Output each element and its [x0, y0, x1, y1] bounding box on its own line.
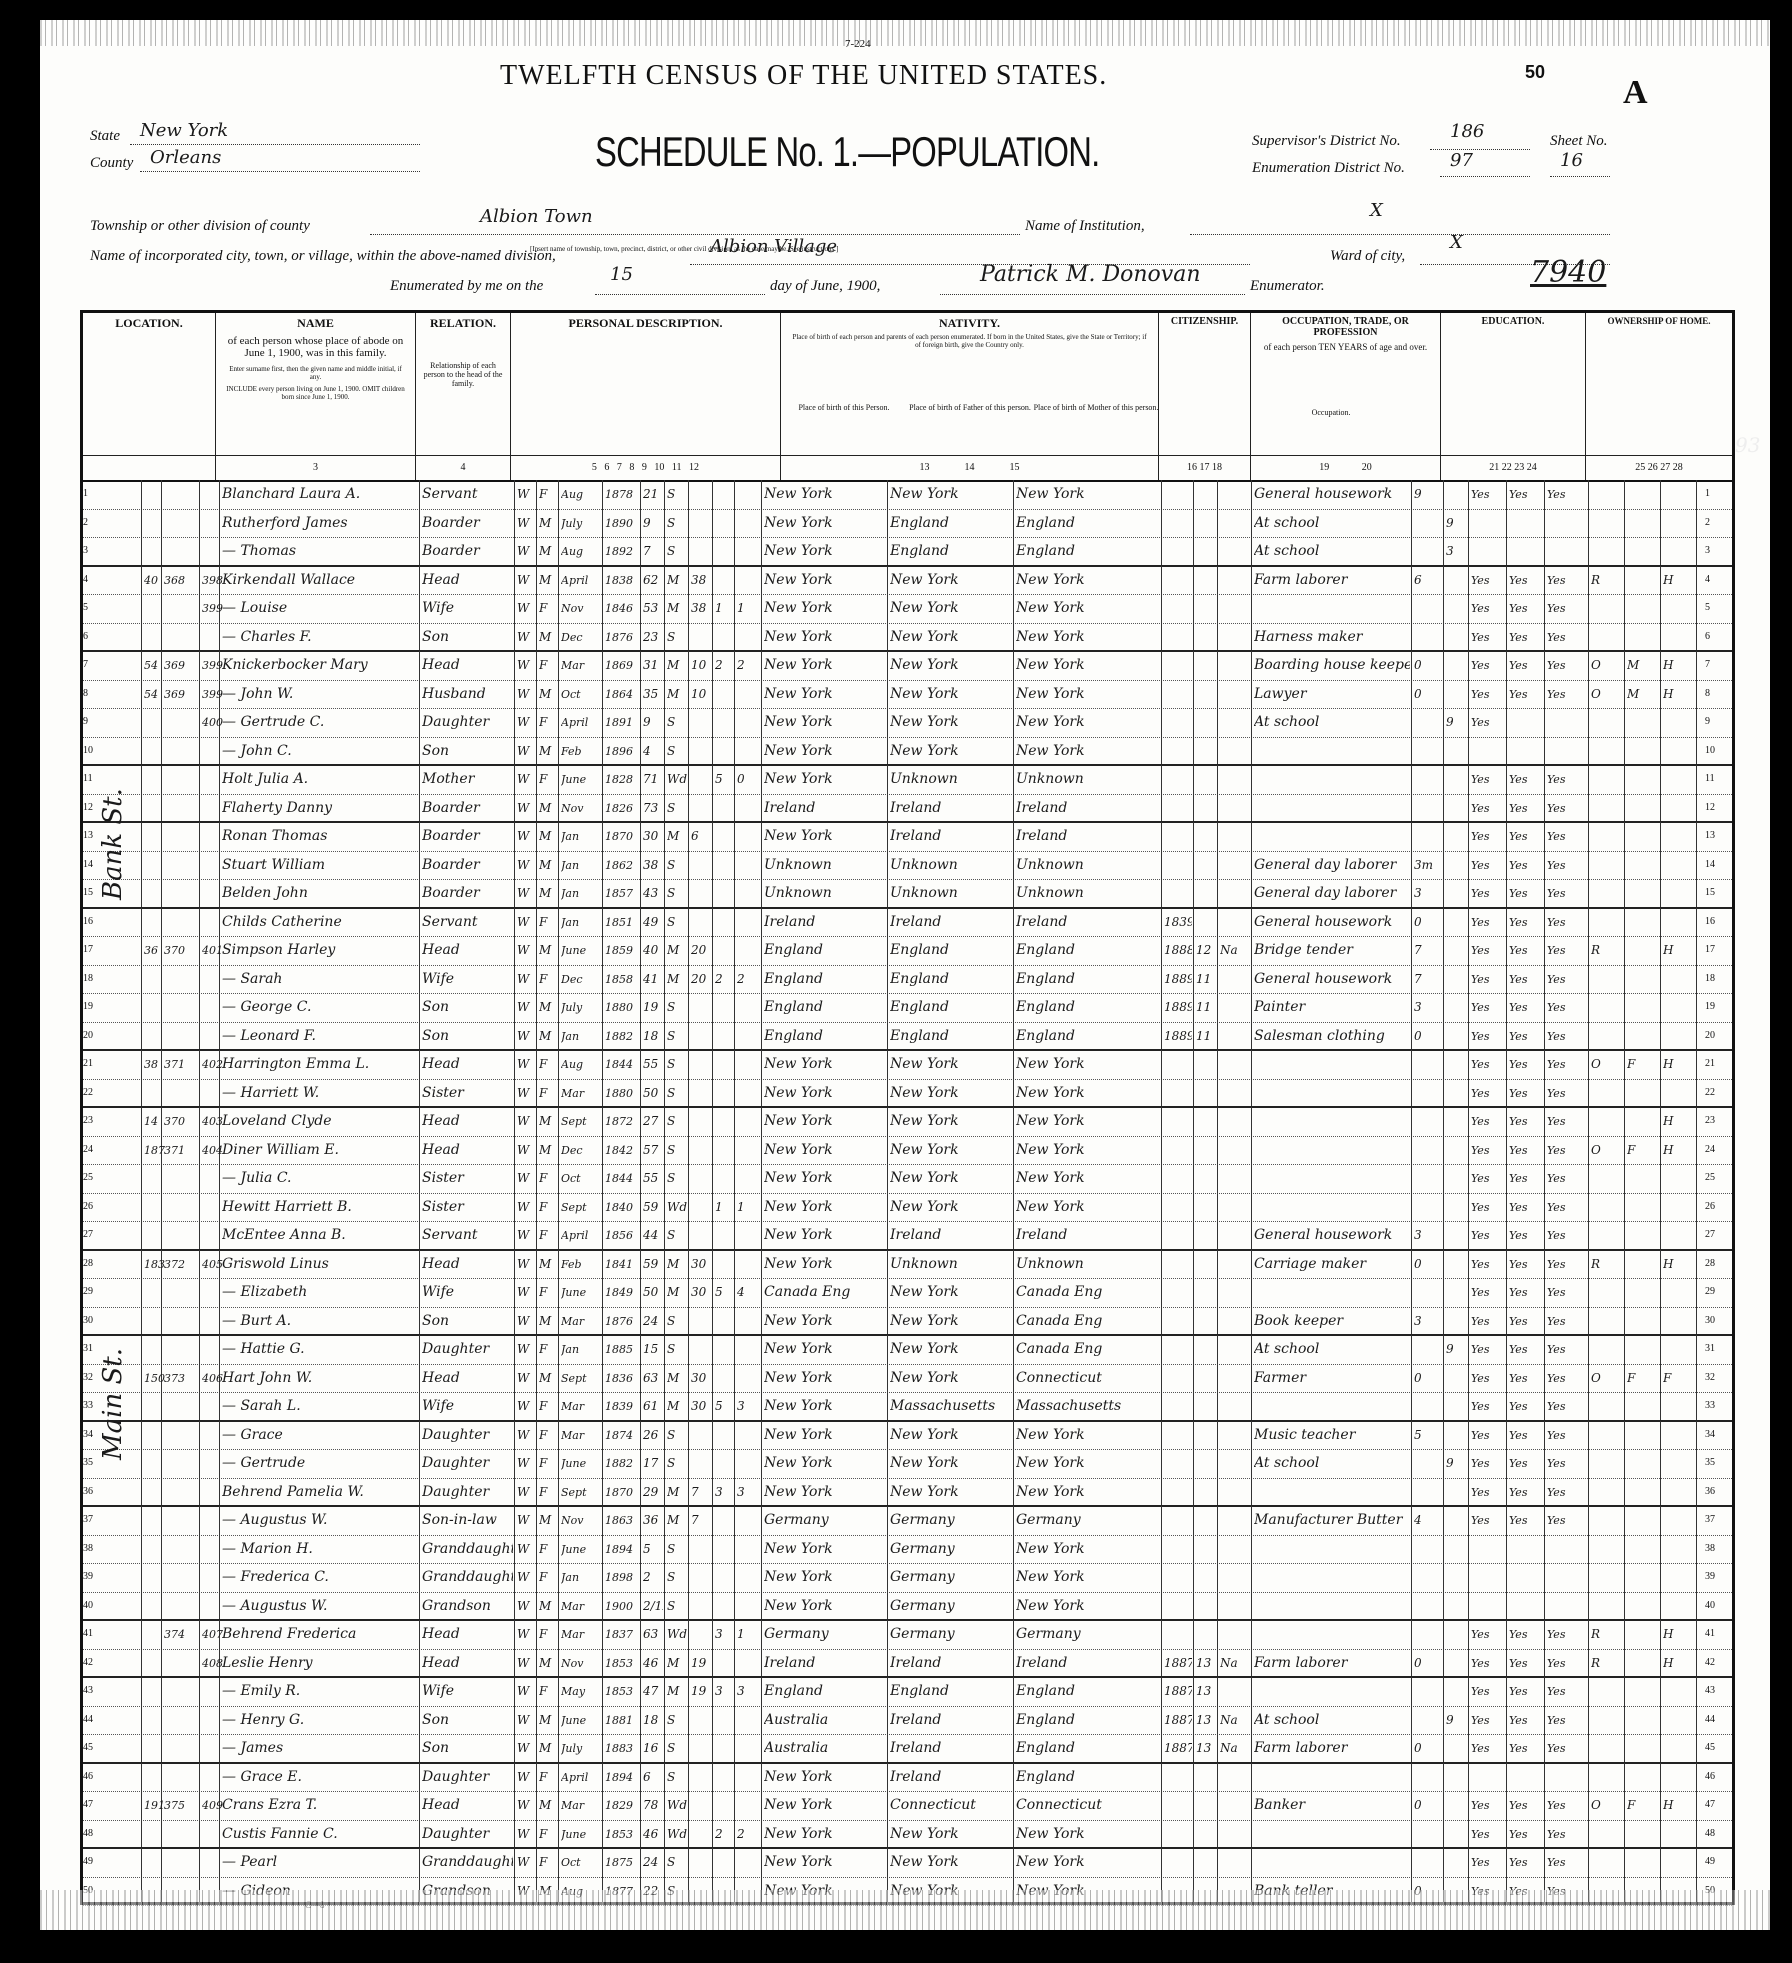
table-row: 8854369399— John W.HusbandWMOct186435M10…	[83, 680, 1732, 710]
cell-age: 21	[643, 480, 663, 509]
column-divider	[761, 879, 762, 907]
cell-yrs	[1196, 1392, 1216, 1420]
column-divider	[734, 509, 735, 538]
cell-read: Yes	[1471, 1649, 1505, 1677]
cell-nat: Na	[1220, 1734, 1246, 1762]
column-divider	[1251, 623, 1252, 651]
cell-yrs	[1196, 765, 1216, 794]
cell-mc	[715, 1307, 733, 1335]
cell-yrs	[1196, 1250, 1216, 1279]
cell-own	[1591, 1506, 1623, 1535]
column-divider	[761, 1079, 762, 1107]
cell-month: May	[561, 1677, 601, 1706]
column-divider	[602, 1079, 603, 1107]
cell-month: Nov	[561, 1506, 601, 1535]
cell-year: 1853	[605, 1820, 639, 1848]
column-divider	[1544, 509, 1545, 538]
cell-bp: New York	[764, 1335, 886, 1364]
cell-bf: New York	[890, 1278, 1012, 1307]
column-divider	[1013, 480, 1014, 509]
cell-own	[1591, 623, 1623, 651]
cell-mc	[715, 1079, 733, 1107]
column-divider	[1411, 1079, 1412, 1107]
line-number-right: 44	[1705, 1714, 1715, 1725]
cell-unemp	[1414, 1050, 1440, 1079]
cell-bm: New York	[1016, 680, 1138, 709]
population-table: LOCATION. NAME of each person whose plac…	[80, 310, 1735, 1905]
header-name: NAME of each person whose place of abode…	[216, 313, 416, 480]
column-divider	[1468, 1221, 1469, 1249]
cell-relation: Boarder	[422, 509, 513, 538]
column-divider	[1588, 651, 1589, 680]
column-divider	[1660, 936, 1661, 965]
cell-write: Yes	[1509, 1392, 1543, 1420]
cell-bf: Ireland	[890, 1706, 1012, 1735]
cell-relation: Head	[422, 1136, 513, 1165]
sheet-letter: A	[1623, 74, 1648, 112]
cell-mc	[715, 537, 733, 565]
column-divider	[1161, 851, 1162, 880]
cell-unemp: 6	[1414, 566, 1440, 595]
column-divider	[141, 936, 142, 965]
column-divider	[602, 708, 603, 737]
cell-color: W	[517, 1193, 535, 1222]
column-divider	[419, 993, 420, 1022]
cell-fm	[1627, 1193, 1659, 1222]
cell-year: 1841	[605, 1250, 639, 1279]
column-divider	[1468, 708, 1469, 737]
cell-ym: 30	[691, 1278, 711, 1307]
cell-nat	[1220, 651, 1246, 680]
cell-speak: Yes	[1547, 1734, 1581, 1762]
cell-age: 61	[643, 1392, 663, 1420]
cell-age: 46	[643, 1820, 663, 1848]
cell-name: Blanchard Laura A.	[222, 480, 418, 509]
column-divider	[887, 480, 888, 509]
column-divider	[887, 1421, 888, 1450]
column-divider	[1588, 1563, 1589, 1592]
cell-own: R	[1591, 1649, 1623, 1677]
cell-imm: 1887	[1164, 1734, 1192, 1762]
cell-read: Yes	[1471, 1335, 1505, 1364]
cell-month: Mar	[561, 651, 601, 680]
cell-mc	[715, 1107, 733, 1136]
cell-fm	[1627, 737, 1659, 765]
column-divider	[1217, 1193, 1218, 1222]
column-divider	[1544, 1706, 1545, 1735]
cell-bp: New York	[764, 1221, 886, 1249]
column-divider	[887, 1734, 888, 1762]
cell-occ	[1254, 1392, 1410, 1420]
cell-fh	[1663, 1193, 1695, 1222]
cell-occ	[1254, 1107, 1410, 1136]
cell-bp: New York	[764, 1250, 886, 1279]
cell-age: 55	[643, 1050, 663, 1079]
column-divider	[1411, 1478, 1412, 1506]
column-divider	[1193, 1649, 1194, 1677]
column-divider	[602, 1421, 603, 1450]
cell-fm	[1627, 1307, 1659, 1335]
cell-fm	[1627, 1620, 1659, 1649]
enumerated-date-label: day of June, 1900,	[770, 278, 880, 295]
cell-dwelling	[164, 480, 200, 509]
column-divider	[1544, 879, 1545, 907]
column-divider	[514, 566, 515, 595]
column-divider	[1013, 1535, 1014, 1564]
column-divider	[712, 1592, 713, 1620]
column-divider	[1193, 993, 1194, 1022]
column-divider	[1193, 1763, 1194, 1792]
cell-bp: New York	[764, 708, 886, 737]
cell-sex: M	[539, 794, 557, 822]
column-divider	[761, 1620, 762, 1649]
column-divider	[887, 1221, 888, 1249]
header-birth-father: Place of birth of Father of this person.	[907, 403, 1033, 412]
cell-year: 1876	[605, 1307, 639, 1335]
cell-dwelling	[164, 1307, 200, 1335]
column-divider	[761, 1506, 762, 1535]
column-divider	[1624, 1820, 1625, 1848]
line-number: 18	[83, 973, 93, 984]
column-divider	[1468, 1307, 1469, 1335]
column-divider	[1217, 1364, 1218, 1393]
line-number-right: 8	[1705, 688, 1710, 699]
cell-mc	[715, 993, 733, 1022]
cell-sex: M	[539, 851, 557, 880]
column-divider	[761, 1763, 762, 1792]
column-divider	[664, 1079, 665, 1107]
column-divider	[1506, 936, 1507, 965]
column-divider	[887, 1364, 888, 1393]
column-divider	[536, 1791, 537, 1820]
column-divider	[1624, 936, 1625, 965]
column-divider	[734, 537, 735, 565]
cell-unemp: 0	[1414, 1022, 1440, 1050]
column-divider	[1506, 822, 1507, 851]
column-divider	[1161, 1050, 1162, 1079]
column-divider	[664, 1164, 665, 1193]
cell-fh	[1663, 1706, 1695, 1735]
cell-read: Yes	[1471, 965, 1505, 994]
column-divider	[536, 1734, 537, 1762]
cell-imm	[1164, 1307, 1192, 1335]
table-row: 99400— Gertrude C.DaughterWFApril18919SN…	[83, 708, 1732, 738]
line-number-right: 7	[1705, 659, 1710, 670]
line-number-right: 10	[1705, 745, 1715, 756]
column-divider	[664, 623, 665, 651]
cell-bm: England	[1016, 1734, 1138, 1762]
table-row: 1616Childs CatherineServantWFJan185149SI…	[83, 908, 1732, 938]
cell-speak: Yes	[1547, 480, 1581, 509]
cell-occ	[1254, 822, 1410, 851]
ed-label: Enumeration District No.	[1252, 160, 1405, 177]
cell-mc	[715, 623, 733, 651]
column-divider	[1544, 908, 1545, 937]
column-divider	[419, 822, 420, 851]
column-divider	[1588, 1164, 1589, 1193]
cell-bf: New York	[890, 1449, 1012, 1478]
column-divider	[514, 1392, 515, 1420]
cell-month: Mar	[561, 1791, 601, 1820]
column-divider	[1217, 1136, 1218, 1165]
cell-dwelling: 369	[164, 651, 200, 680]
cell-cl	[737, 1734, 755, 1762]
column-divider	[1251, 708, 1252, 737]
cell-nat	[1220, 1250, 1246, 1279]
column-divider	[419, 1563, 420, 1592]
column-divider	[1506, 1050, 1507, 1079]
column-divider	[1443, 1364, 1444, 1393]
cell-bf: England	[890, 965, 1012, 994]
column-divider	[1506, 1734, 1507, 1762]
cell-age: 24	[643, 1307, 663, 1335]
cell-color: W	[517, 1449, 535, 1478]
cell-dwelling: 372	[164, 1250, 200, 1279]
cell-color: W	[517, 537, 535, 565]
column-divider	[1251, 509, 1252, 538]
column-divider	[141, 509, 142, 538]
column-divider	[419, 1677, 420, 1706]
column-divider	[1506, 1364, 1507, 1393]
cell-bm: New York	[1016, 737, 1138, 765]
table-row: 2424187371404Diner William E.HeadWMDec18…	[83, 1136, 1732, 1166]
table-row: 1515Belden JohnBoarderWMJan185743SUnknow…	[83, 879, 1732, 909]
column-divider	[419, 594, 420, 623]
cell-bm: New York	[1016, 1592, 1138, 1620]
cell-color: W	[517, 737, 535, 765]
cell-marital: S	[667, 1734, 687, 1762]
column-divider	[1217, 594, 1218, 623]
column-divider	[1696, 1677, 1697, 1706]
cell-occ	[1254, 1478, 1410, 1506]
column-divider	[712, 936, 713, 965]
column-divider	[640, 1763, 641, 1792]
cell-sex: M	[539, 1307, 557, 1335]
column-divider	[1588, 594, 1589, 623]
cell-name: — Gertrude	[222, 1449, 418, 1478]
column-divider	[1468, 1649, 1469, 1677]
cell-relation: Boarder	[422, 879, 513, 907]
cell-marital: S	[667, 1022, 687, 1050]
line-number: 35	[83, 1457, 93, 1468]
column-divider	[712, 623, 713, 651]
cell-marital: M	[667, 822, 687, 851]
column-divider	[712, 965, 713, 994]
cell-marital: S	[667, 1107, 687, 1136]
cell-mc: 5	[715, 1392, 733, 1420]
cell-fh: H	[1663, 566, 1695, 595]
column-divider	[1161, 1221, 1162, 1249]
table-row: 3030— Burt A.SonWMMar187624SNew YorkNew …	[83, 1307, 1732, 1337]
cell-own: R	[1591, 1250, 1623, 1279]
column-divider	[558, 1677, 559, 1706]
cell-age: 6	[643, 1763, 663, 1792]
line-number-right: 42	[1705, 1657, 1715, 1668]
ed-value: 97	[1450, 150, 1473, 171]
cell-nat	[1220, 1164, 1246, 1193]
cell-bf: New York	[890, 566, 1012, 595]
line-number: 15	[83, 887, 93, 898]
cell-fh	[1663, 737, 1695, 765]
column-divider	[602, 1478, 603, 1506]
cell-school	[1446, 822, 1467, 851]
cell-mc: 5	[715, 1278, 733, 1307]
cell-dwelling	[164, 1763, 200, 1792]
column-divider	[734, 1364, 735, 1393]
cell-bf: England	[890, 1677, 1012, 1706]
cell-cl	[737, 1022, 755, 1050]
column-divider	[1013, 851, 1014, 880]
column-divider	[141, 993, 142, 1022]
cell-ym	[691, 1535, 711, 1564]
column-divider	[1624, 1506, 1625, 1535]
column-divider	[734, 1335, 735, 1364]
column-divider	[712, 1620, 713, 1649]
cell-color: W	[517, 879, 535, 907]
column-divider	[640, 1193, 641, 1222]
cell-ym	[691, 1706, 711, 1735]
column-divider	[536, 1563, 537, 1592]
column-divider	[734, 879, 735, 907]
cell-read: Yes	[1471, 1022, 1505, 1050]
line-number-right: 18	[1705, 973, 1715, 984]
cell-bf: England	[890, 993, 1012, 1022]
column-divider	[887, 1278, 888, 1307]
colnum-4: 4	[416, 455, 510, 480]
cell-fh: H	[1663, 1791, 1695, 1820]
cell-dwelling	[164, 1592, 200, 1620]
line-number: 27	[83, 1229, 93, 1240]
column-divider	[712, 851, 713, 880]
cell-month: Mar	[561, 1620, 601, 1649]
column-divider	[1161, 794, 1162, 822]
column-divider	[1193, 1364, 1194, 1393]
column-divider	[419, 1136, 420, 1165]
column-divider	[1624, 708, 1625, 737]
line-number: 23	[83, 1115, 93, 1126]
column-divider	[664, 1364, 665, 1393]
column-divider	[602, 1791, 603, 1820]
column-divider	[419, 1478, 420, 1506]
column-divider	[1013, 1506, 1014, 1535]
cell-own	[1591, 1022, 1623, 1050]
table-row: 4848Custis Fannie C.DaughterWFJune185346…	[83, 1820, 1732, 1850]
cell-month: Mar	[561, 1392, 601, 1420]
cell-relation: Boarder	[422, 794, 513, 822]
cell-school	[1446, 1421, 1467, 1450]
cell-speak: Yes	[1547, 623, 1581, 651]
column-divider	[1217, 822, 1218, 851]
cell-relation: Head	[422, 1649, 513, 1677]
column-divider	[1588, 1392, 1589, 1420]
column-divider	[141, 537, 142, 565]
column-divider	[1217, 1620, 1218, 1649]
column-divider	[514, 851, 515, 880]
column-divider	[1588, 480, 1589, 509]
cell-imm: 1839	[1164, 908, 1192, 937]
cell-name: Behrend Frederica	[222, 1620, 418, 1649]
column-divider	[536, 1307, 537, 1335]
line-number: 11	[83, 773, 93, 784]
column-divider	[887, 1563, 888, 1592]
cell-read: Yes	[1471, 1421, 1505, 1450]
cell-imm	[1164, 480, 1192, 509]
column-divider	[1544, 1364, 1545, 1393]
column-divider	[1013, 1649, 1014, 1677]
cell-marital: M	[667, 1478, 687, 1506]
colnums-ownership: 25 26 27 28	[1586, 455, 1732, 480]
cell-write: Yes	[1509, 879, 1543, 907]
cell-mc	[715, 1848, 733, 1877]
cell-occ: General housework	[1254, 1221, 1410, 1249]
column-divider	[1468, 1107, 1469, 1136]
column-divider	[1193, 1250, 1194, 1279]
column-divider	[536, 1392, 537, 1420]
header-name-desc: of each person whose place of abode on J…	[216, 331, 415, 363]
cell-bp: New York	[764, 480, 886, 509]
cell-read: Yes	[1471, 1620, 1505, 1649]
cell-marital: S	[667, 1449, 687, 1478]
cell-dwelling	[164, 509, 200, 538]
cell-unemp	[1414, 1848, 1440, 1877]
column-divider	[688, 1449, 689, 1478]
cell-mc: 3	[715, 1620, 733, 1649]
column-divider	[558, 1848, 559, 1877]
cell-nat	[1220, 851, 1246, 880]
cell-year: 1882	[605, 1022, 639, 1050]
cell-month: Mar	[561, 1307, 601, 1335]
cell-year: 1870	[605, 1478, 639, 1506]
line-number-right: 28	[1705, 1258, 1715, 1269]
column-divider	[712, 1250, 713, 1279]
header-location-title: LOCATION.	[83, 313, 215, 331]
column-divider	[1696, 651, 1697, 680]
column-divider	[887, 879, 888, 907]
column-divider	[1506, 879, 1507, 907]
cell-marital: S	[667, 879, 687, 907]
column-divider	[141, 1620, 142, 1649]
cell-bf: Unknown	[890, 851, 1012, 880]
column-divider	[664, 908, 665, 937]
column-divider	[1696, 765, 1697, 794]
column-divider	[1443, 879, 1444, 907]
cell-age: 2	[643, 1563, 663, 1592]
cell-age: 50	[643, 1278, 663, 1307]
column-divider	[1217, 1706, 1218, 1735]
cell-fh	[1663, 1335, 1695, 1364]
column-divider	[1013, 594, 1014, 623]
column-divider	[1443, 765, 1444, 794]
cell-occ: Harness maker	[1254, 623, 1410, 651]
cell-ym	[691, 1335, 711, 1364]
table-row: 3131— Hattie G.DaughterWFJan188515SNew Y…	[83, 1335, 1732, 1365]
column-divider	[1013, 908, 1014, 937]
cell-own: R	[1591, 566, 1623, 595]
cell-month: Oct	[561, 1164, 601, 1193]
column-divider	[1544, 1221, 1545, 1249]
cell-marital: S	[667, 1079, 687, 1107]
cell-month: Jan	[561, 1563, 601, 1592]
cell-fh	[1663, 794, 1695, 822]
cell-read	[1471, 537, 1505, 565]
cell-fm	[1627, 1478, 1659, 1506]
column-divider	[688, 1820, 689, 1848]
cell-nat	[1220, 1364, 1246, 1393]
column-divider	[640, 1734, 641, 1762]
column-divider	[1506, 1820, 1507, 1848]
column-divider	[640, 509, 641, 538]
cell-sex: F	[539, 1763, 557, 1792]
